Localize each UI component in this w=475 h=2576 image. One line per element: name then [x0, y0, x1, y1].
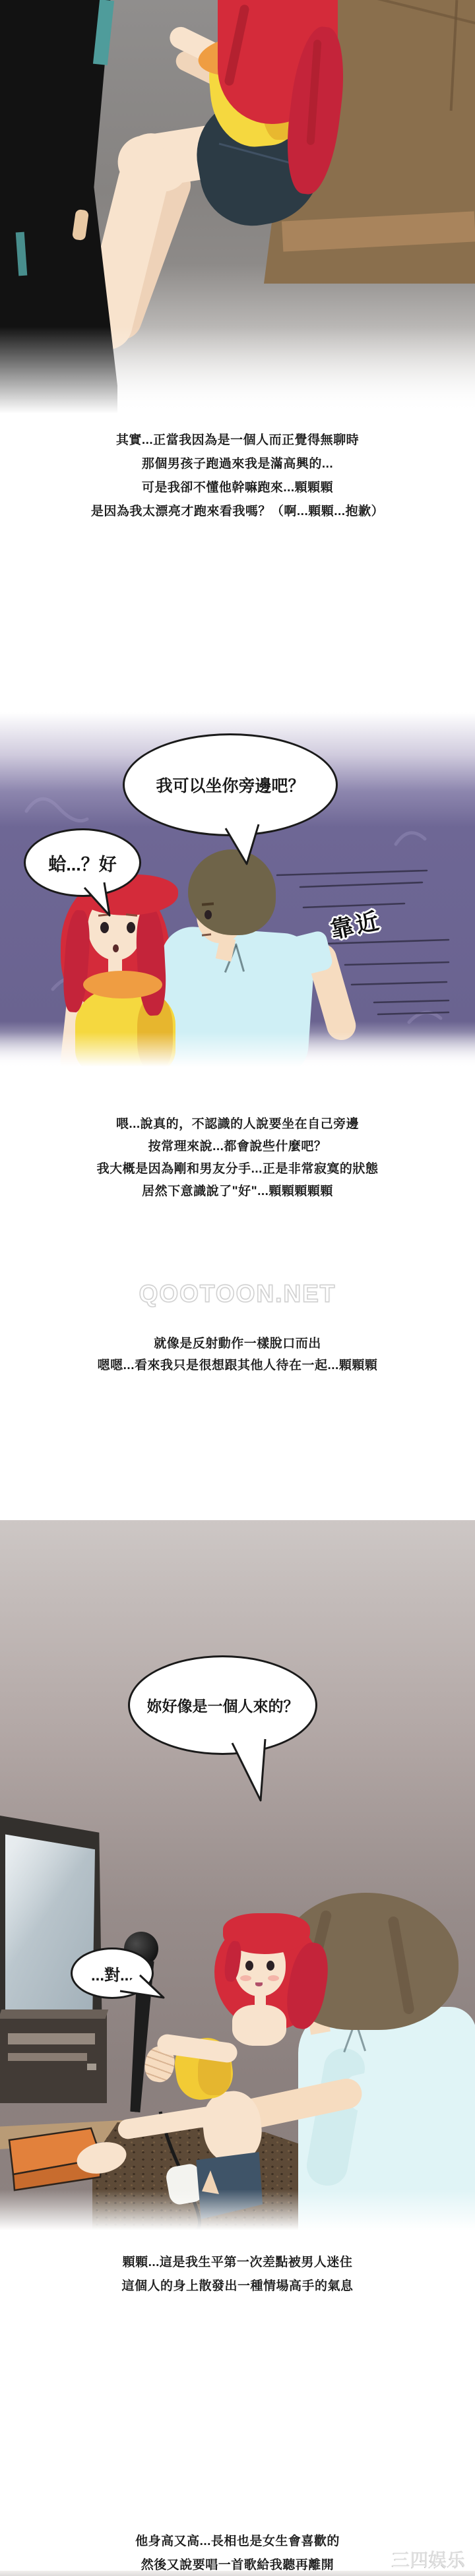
narration-line: 就像是反射動作一樣脫口而出 [0, 1333, 475, 1355]
narration-line: 這個人的身上散發出一種情場高手的氣息 [0, 2275, 475, 2298]
panel3-bottom-fade [0, 2190, 475, 2236]
woman-mouth-p3 [255, 1982, 263, 1986]
panel2-bubble-tails [0, 712, 475, 1072]
narration-line: 那個男孩子跑過來我是滿高興的... [0, 452, 475, 476]
narration-line: 居然下意識說了"好"...顆顆顆顆顆 [0, 1181, 475, 1203]
panel-couch-scene [0, 0, 475, 425]
panel1-bottom-fade [0, 326, 475, 425]
next-panel-edge [0, 2571, 475, 2576]
narration-block-3: 就像是反射動作一樣脫口而出 嗯嗯...看來我只是很想跟其他人待在一起...顆顆顆 [0, 1333, 475, 1376]
narration-line: 喂...說真的，不認識的人說要坐在自己旁邊 [0, 1113, 475, 1136]
woman-eye-left-p3 [245, 1961, 253, 1971]
woman-blush-right [268, 1975, 279, 1981]
narration-line: 嗯嗯...看來我只是很想跟其他人待在一起...顆顆顆 [0, 1355, 475, 1376]
panel2-bottom-fade [0, 1032, 475, 1072]
narration-line: 我大概是因為剛和男友分手...正是非常寂寞的狀態 [0, 1158, 475, 1181]
panel-karaoke-scene: 妳好像是一個人來的？ ...對... [0, 1520, 475, 2236]
webtoon-page: 其實...正當我因為是一個人而正覺得無聊時 那個男孩子跑過來我是滿高興的... … [0, 0, 475, 2576]
site-watermark: QOOTOON.NET [0, 1280, 475, 1308]
panel3-bubble-tails [0, 1520, 475, 2236]
narration-line: 按常理來說...都會說些什麼吧？ [0, 1136, 475, 1158]
narration-line: 可是我卻不懂他幹嘛跑來...顆顆顆 [0, 476, 475, 500]
narration-line: 其實...正當我因為是一個人而正覺得無聊時 [0, 429, 475, 452]
narration-line: 是因為我太漂亮才跑來看我嗎？（啊...顆顆...抱歉） [0, 500, 475, 524]
woman-blush-left [240, 1975, 251, 1981]
narration-line: 顆顆...這是我生平第一次差點被男人迷住 [0, 2251, 475, 2275]
woman-eye-right-p3 [267, 1961, 274, 1971]
narration-block-2: 喂...說真的，不認識的人說要坐在自己旁邊 按常理來說...都會說些什麼吧？ 我… [0, 1113, 475, 1203]
panel-approach-scene: 靠近 我可以坐你旁邊吧？ 蛤...？好 [0, 712, 475, 1072]
narration-block-4: 顆顆...這是我生平第一次差點被男人迷住 這個人的身上散發出一種情場高手的氣息 [0, 2251, 475, 2298]
narration-block-1: 其實...正當我因為是一個人而正覺得無聊時 那個男孩子跑過來我是滿高興的... … [0, 429, 475, 524]
publisher-watermark: 三四娱乐 [392, 2546, 466, 2571]
